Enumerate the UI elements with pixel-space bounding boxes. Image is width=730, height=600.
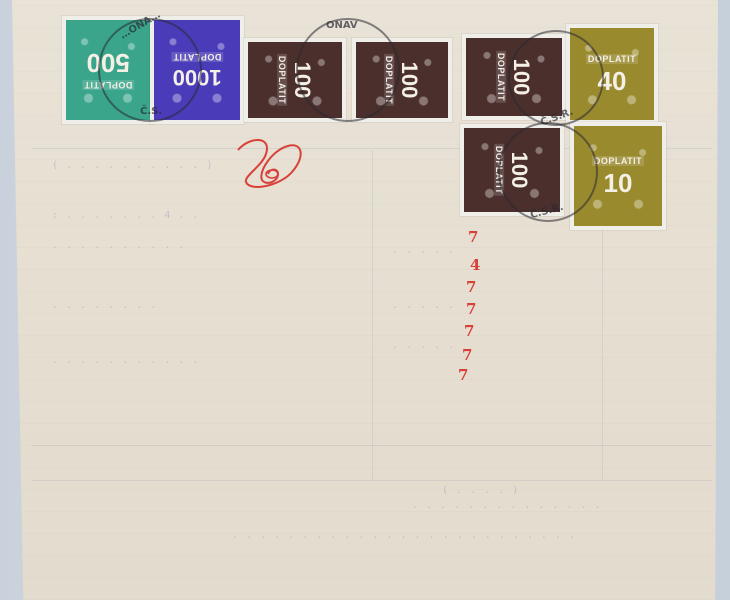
stamp-label: DOPLATIT xyxy=(277,54,287,106)
faded-form-text: : . . . . . . . 4 . . xyxy=(52,210,199,221)
faded-form-text: . . . . . xyxy=(392,300,455,311)
faded-form-text: . . . . . . . . . . . . . . . . . . . . … xyxy=(232,530,576,541)
red-tick: 7 xyxy=(458,366,468,384)
faded-form-text: . . . . . . . . xyxy=(52,300,157,311)
faded-form-text: . . . . . . . . . . xyxy=(52,240,185,251)
stamp-value: 100 xyxy=(398,62,420,99)
faded-form-text: ( . . . . ) xyxy=(442,485,519,496)
stamp-value: 10 xyxy=(604,170,633,196)
faded-form-text: . . . . . xyxy=(392,245,455,256)
form-column xyxy=(372,150,373,480)
red-scribble-mark xyxy=(232,136,312,196)
stamp-label: DOPLATIT xyxy=(592,156,644,166)
red-tick: 7 xyxy=(468,228,478,246)
red-tick: 4 xyxy=(470,256,480,274)
faded-form-text: . . . . . . . . . . . . . . xyxy=(412,500,602,511)
red-tick: 7 xyxy=(466,300,476,318)
faded-form-text: . . . . . xyxy=(392,340,455,351)
red-tick: 7 xyxy=(466,278,476,296)
postmark-left-bottom-text: Č.S. xyxy=(140,106,162,117)
faded-form-text: . . . . . . . . . . . xyxy=(52,355,199,366)
postmark-middle-top-text: ONAV xyxy=(326,20,358,31)
red-tick: 7 xyxy=(464,322,474,340)
stamp-label: DOPLATIT xyxy=(496,51,506,103)
form-rule xyxy=(32,480,712,481)
red-tick: 7 xyxy=(462,346,472,364)
faded-form-text: ( . . . . . . . . . . ) xyxy=(52,160,213,171)
postmark-middle xyxy=(296,18,400,122)
